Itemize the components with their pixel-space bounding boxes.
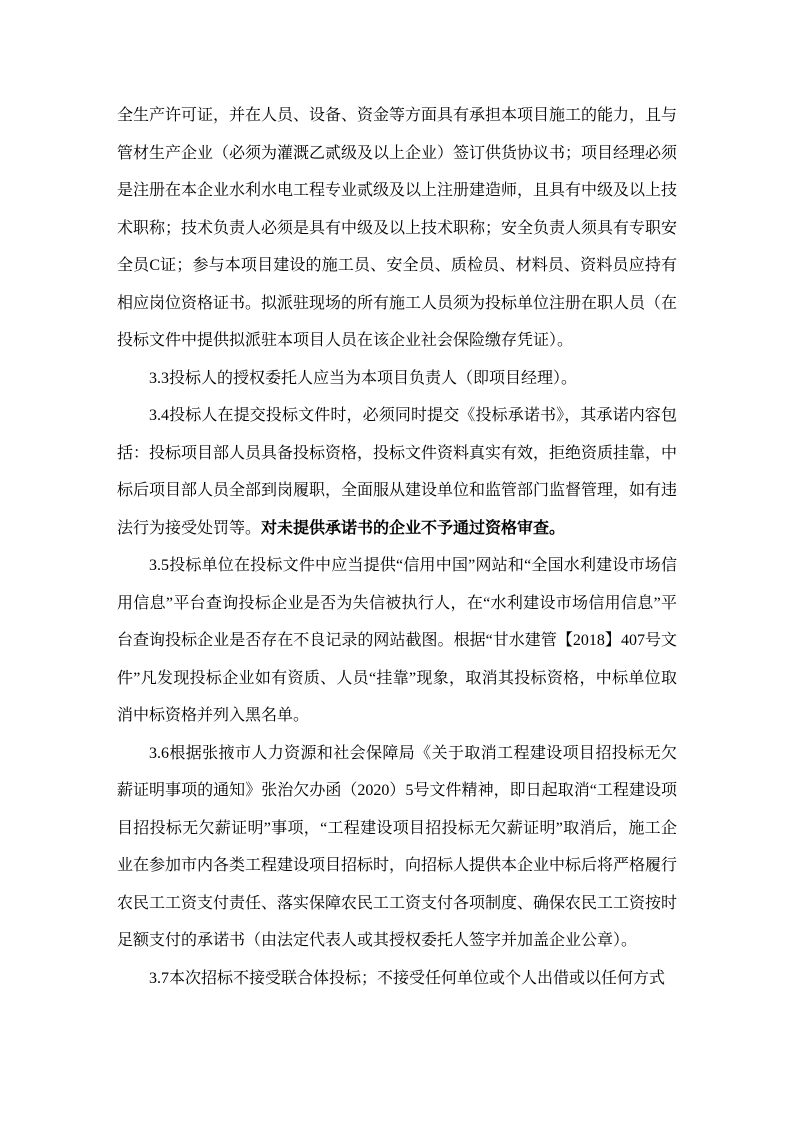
paragraph-3-3: 3.3投标人的授权委托人应当为本项目负责人（即项目经理）。 [117,360,677,398]
paragraph-3-6: 3.6根据张掖市人力资源和社会保障局《关于取消工程建设项目招投标无欠薪证明事项的… [117,735,677,960]
paragraph-text: 3.7本次招标不接受联合体投标；不接受任何单位或个人出借或以任何方式 [149,970,665,987]
paragraph-3-5: 3.5投标单位在投标文件中应当提供“信用中国”网站和“全国水利建设市场信用信息”… [117,547,677,735]
paragraph-text: 3.3投标人的授权委托人应当为本项目负责人（即项目经理）。 [149,370,577,387]
paragraph-text: 3.6根据张掖市人力资源和社会保障局《关于取消工程建设项目招投标无欠薪证明事项的… [117,745,677,950]
paragraph-text: 全生产许可证，并在人员、设备、资金等方面具有承担本项目施工的能力，且与管材生产企… [117,107,677,349]
paragraph-bold-text: 对未提供承诺书的企业不予通过资格审查。 [261,520,565,537]
paragraph-text: 3.4投标人在提交投标文件时，必须同时提交《投标承诺书》，其承诺内容包括：投标项… [117,407,677,537]
document-page: 全生产许可证，并在人员、设备、资金等方面具有承担本项目施工的能力，且与管材生产企… [0,0,793,1122]
paragraph-3-2-continuation: 全生产许可证，并在人员、设备、资金等方面具有承担本项目施工的能力，且与管材生产企… [117,97,677,360]
paragraph-text: 3.5投标单位在投标文件中应当提供“信用中国”网站和“全国水利建设市场信用信息”… [117,557,677,724]
paragraph-3-4: 3.4投标人在提交投标文件时，必须同时提交《投标承诺书》，其承诺内容包括：投标项… [117,397,677,547]
paragraph-3-7: 3.7本次招标不接受联合体投标；不接受任何单位或个人出借或以任何方式 [117,960,677,998]
